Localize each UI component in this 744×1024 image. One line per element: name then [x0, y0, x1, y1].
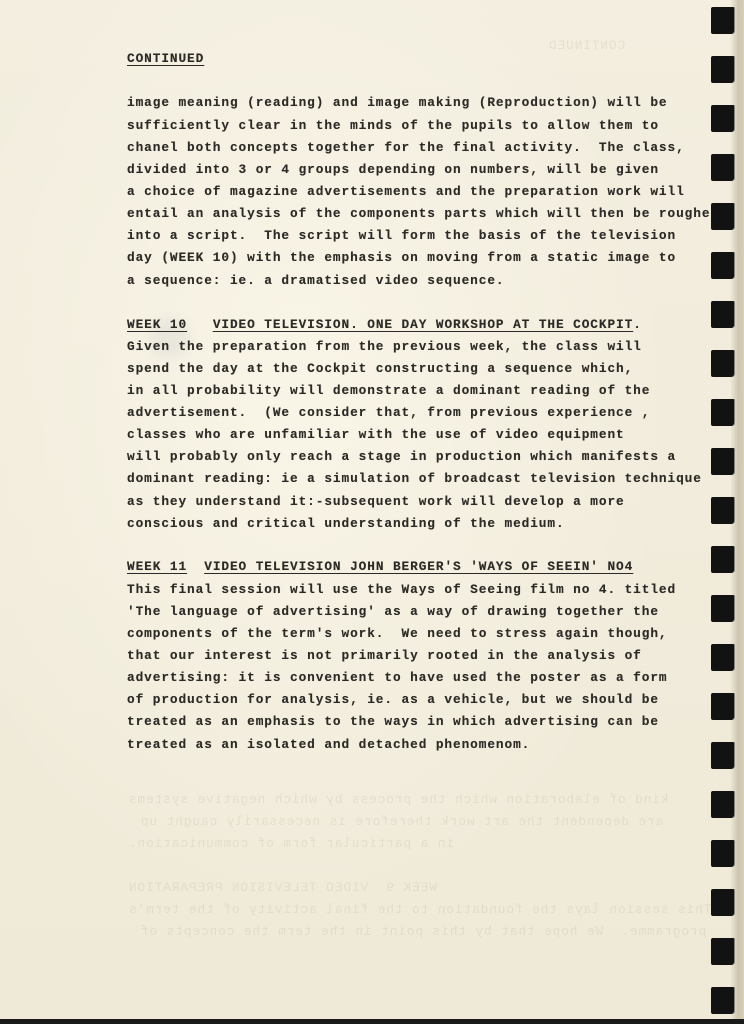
binding-hole	[711, 644, 734, 671]
section-title: VIDEO TELEVISION JOHN BERGER'S 'WAYS OF …	[204, 559, 633, 574]
bleed-through-text: CONTINUED	[548, 38, 625, 54]
text-line: dominant reading: ie a simulation of bro…	[127, 471, 702, 487]
text-line: in all probability will demonstrate a do…	[127, 383, 650, 399]
text-line: This final session will use the Ways of …	[127, 582, 676, 598]
text-line: treated as an emphasis to the ways in wh…	[127, 714, 659, 730]
text-line: that our interest is not primarily roote…	[127, 648, 642, 664]
binding-hole	[711, 791, 734, 818]
binding-hole	[711, 105, 734, 132]
text-line: as they understand it:-subsequent work w…	[127, 494, 625, 510]
week-label: WEEK 10	[127, 317, 187, 332]
binding-hole	[711, 301, 734, 328]
bleed-through-text: This session lays the foundation to the …	[128, 902, 711, 918]
text-line: day (WEEK 10) with the emphasis on movin…	[127, 250, 676, 266]
text-line: into a script. The script will form the …	[127, 228, 676, 244]
binding-hole	[711, 987, 734, 1014]
text-line: Given the preparation from the previous …	[127, 339, 642, 355]
binding-hole	[711, 595, 734, 622]
continued-header: CONTINUED	[127, 51, 204, 67]
text-line: entail an analysis of the components par…	[127, 206, 719, 222]
text-line: sufficiently clear in the minds of the p…	[127, 118, 659, 134]
binding-hole	[711, 889, 734, 916]
text-line: divided into 3 or 4 groups depending on …	[127, 162, 659, 178]
bleed-through-text: kind of elaboration which the process by…	[128, 792, 669, 808]
text-line: components of the term's work. We need t…	[127, 626, 668, 642]
text-line: a choice of magazine advertisements and …	[127, 184, 685, 200]
text-line: a sequence: ie. a dramatised video seque…	[127, 273, 505, 289]
text-line: conscious and critical understanding of …	[127, 516, 565, 532]
text-line: advertising: it is convenient to have us…	[127, 670, 668, 686]
page-bottom-edge	[0, 1019, 744, 1024]
binding-hole	[711, 840, 734, 867]
bleed-through-text: in a particular form of communication.	[128, 836, 454, 852]
text-line: chanel both concepts together for the fi…	[127, 140, 685, 156]
text-line: image meaning (reading) and image making…	[127, 95, 668, 111]
binding-hole	[711, 693, 734, 720]
text-line: advertisement. (We consider that, from p…	[127, 405, 650, 421]
document-page: kind of elaboration which the process by…	[0, 0, 744, 1024]
binding-hole	[711, 742, 734, 769]
section-heading: WEEK 10 VIDEO TELEVISION. ONE DAY WORKSH…	[127, 317, 642, 333]
text-line: 'The language of advertising' as a way o…	[127, 604, 659, 620]
text-line: will probably only reach a stage in prod…	[127, 449, 676, 465]
section-heading: WEEK 11 VIDEO TELEVISION JOHN BERGER'S '…	[127, 559, 633, 575]
bleed-through-text: are dependent the art work therefore is …	[140, 814, 663, 830]
binding-hole	[711, 350, 734, 377]
binding-hole	[711, 399, 734, 426]
binding-hole	[711, 154, 734, 181]
text-line: of production for analysis, ie. as a veh…	[127, 692, 659, 708]
text-line: spend the day at the Cockpit constructin…	[127, 361, 633, 377]
bleed-through-text: programme. We hope that by this point in…	[140, 924, 706, 940]
title-suffix: .	[633, 317, 642, 332]
binding-hole	[711, 448, 734, 475]
text-line: treated as an isolated and detached phen…	[127, 737, 530, 753]
binding-hole	[711, 497, 734, 524]
binding-hole	[711, 252, 734, 279]
section-title: VIDEO TELEVISION. ONE DAY WORKSHOP AT TH…	[213, 317, 633, 332]
bleed-through-text: WEEK 9 VIDEO TELEVISION PREPARATION	[128, 880, 437, 896]
binding-hole	[711, 56, 734, 83]
binding-hole	[711, 7, 734, 34]
week-label: WEEK 11	[127, 559, 187, 574]
binding-hole	[711, 938, 734, 965]
binding-hole	[711, 203, 734, 230]
text-line: classes who are unfamiliar with the use …	[127, 427, 625, 443]
binding-hole	[711, 546, 734, 573]
